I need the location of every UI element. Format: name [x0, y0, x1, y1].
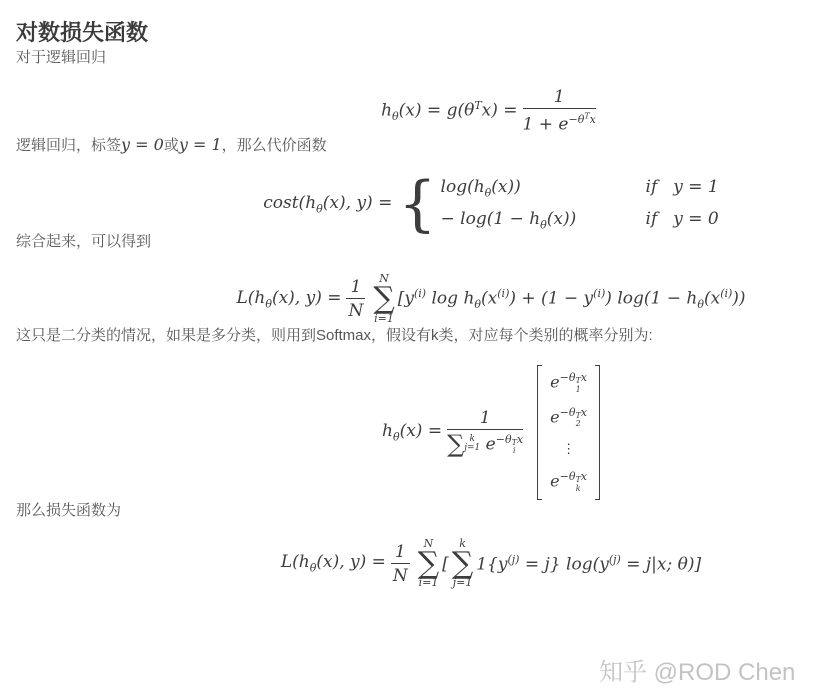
vector-entry: e−θT2x: [550, 406, 587, 430]
summation-inner: k ∑ j=1: [452, 538, 473, 590]
math-token: 1{y(j) = j} log(y(j) = j|x; θ)]: [476, 553, 701, 575]
column-vector: e−θT1x e−θT2x ⋮ e−θTkx: [537, 365, 600, 500]
summation-outer: N ∑ i=1: [418, 538, 439, 590]
formula-softmax-loss: L(hθ(x), y) = 1 N N ∑ i=1 [ k ∑ j=1 1{y(…: [16, 538, 817, 590]
article-content: 对数损失函数 对于逻辑回归 hθ(x) = g(θTx) = 1 1 + e−θ…: [0, 0, 817, 589]
left-brace: {: [398, 177, 436, 231]
math-token: cost(hθ(x), y) =: [263, 193, 392, 215]
page-title: 对数损失函数: [16, 16, 817, 47]
math-token: L(hθ(x), y) =: [281, 552, 386, 574]
paragraph-loss: 那么损失函数为: [16, 500, 817, 522]
fraction: 1 N: [391, 542, 410, 586]
math-token: hθ(x) = g(θTx) =: [381, 99, 517, 123]
math-token: hθ(x) =: [382, 421, 442, 443]
formula-cost-cases: cost(hθ(x), y) = { log(hθ(x)) ify = 1 − …: [16, 177, 817, 231]
cases: log(hθ(x)) ify = 1 − log(1 − hθ(x)) ify …: [441, 177, 719, 231]
fraction: 1 ∑kj=1 e−θTix: [447, 408, 523, 456]
inline-math: y = 0: [121, 135, 164, 154]
paragraph-text: 对于逻辑回归: [16, 49, 106, 66]
paragraph-softmax: 这只是二分类的情况，如果是多分类，则用到Softmax，假设有k类，对应每个类别…: [16, 325, 817, 347]
right-bracket: [595, 365, 600, 500]
vector-entry: e−θT1x: [550, 371, 587, 395]
sigma-inline: ∑: [447, 432, 464, 456]
math-token: [y(i) log hθ(x(i)) + (1 − y(i)) log(1 − …: [398, 287, 746, 311]
paragraph-labels: 逻辑回归，标签y = 0或y = 1，那么代价函数: [16, 134, 817, 157]
inline-math: y = 1: [179, 135, 222, 154]
fraction: 1 N: [346, 277, 365, 321]
vertical-dots: ⋮: [562, 440, 575, 459]
math-token: L(hθ(x), y) =: [236, 288, 341, 310]
formula-sigmoid: hθ(x) = g(θTx) = 1 1 + e−θTx: [16, 87, 817, 134]
formula-log-loss: L(hθ(x), y) = 1 N N ∑ i=1 [y(i) log hθ(x…: [16, 273, 817, 325]
fraction: 1 1 + e−θTx: [523, 87, 596, 134]
zhihu-watermark: 知乎 @ROD Chen: [599, 652, 795, 687]
vector-entry: e−θTkx: [550, 470, 587, 494]
open-bracket: [: [442, 554, 449, 574]
paragraph-intro: 对于逻辑回归: [16, 47, 817, 69]
summation: N ∑ i=1: [373, 273, 394, 325]
formula-softmax: hθ(x) = 1 ∑kj=1 e−θTix e−θT1x e−θT2x ⋮ e…: [16, 365, 817, 500]
